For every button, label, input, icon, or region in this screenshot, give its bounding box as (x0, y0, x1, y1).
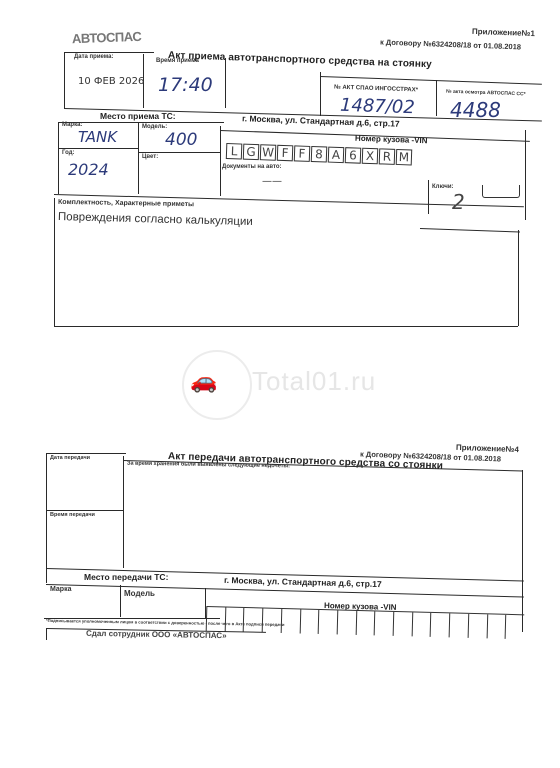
documents-label: Документы на авто: (222, 164, 282, 170)
vin-empty-cell (224, 607, 243, 631)
car-icon: 🚗 (190, 368, 217, 394)
vin-empty-cell (486, 614, 505, 638)
vin-character-cell: 8 (311, 146, 328, 163)
vin-character-cell: G (243, 144, 260, 161)
time-label: Время приема (156, 58, 199, 64)
vin-character-cell: F (277, 145, 294, 162)
company-logo: АВТОСПАС (72, 29, 142, 46)
vin-empty-cell (430, 613, 449, 637)
date-value: 10 ФЕВ 2026 (78, 76, 144, 87)
contract-reference: к Договору №6324208/18 от 01.08.2018 (380, 38, 521, 52)
order-number-value: 4488 (450, 98, 501, 122)
appendix-label: Приложение№1 (472, 27, 535, 38)
documents-value: —— (262, 176, 282, 187)
vin-empty-cell (299, 609, 318, 633)
keys-value: 2 (452, 190, 465, 214)
year-value: 2024 (68, 160, 109, 179)
transfer-model-label: Модель (124, 589, 155, 598)
vin-character-cell: W (260, 144, 277, 161)
vin-character-cell: L (226, 143, 243, 160)
transfer-place-label: Место передачи ТС: (84, 572, 168, 582)
year-label: Год: (62, 150, 75, 156)
vin-character-cell: 6 (345, 147, 362, 164)
keys-label: Ключи: (432, 184, 454, 190)
vin-character-cell: M (396, 149, 413, 166)
vin-character-cell: A (328, 147, 345, 164)
color-label: Цвет: (142, 154, 158, 160)
watermark-text: Total01.ru (252, 366, 376, 397)
vin-empty-cell (411, 612, 430, 636)
vin-empty-cell (393, 612, 412, 636)
act-title: Акт приема автотранспортного средства на… (168, 50, 432, 70)
vin-empty-cell (337, 610, 356, 634)
act-number-value: 1487/02 (340, 95, 415, 119)
vin-character-cell: F (294, 145, 311, 162)
transfer-time-label: Время передачи (50, 512, 95, 518)
vin-empty-cell (505, 615, 524, 639)
vin-empty-cell (467, 614, 486, 638)
vin-empty-cell (355, 611, 374, 635)
vin-empty-cell (262, 608, 281, 632)
vin-empty-cell (449, 613, 468, 637)
vin-empty-cell (243, 608, 262, 632)
make-value: TANK (78, 128, 117, 146)
date-label: Дата приема: (74, 54, 113, 60)
model-value: 400 (165, 130, 197, 150)
vin-empty-cell (374, 611, 393, 635)
vin-character-cell: R (379, 148, 396, 165)
vin-empty-cell (318, 610, 337, 634)
scanned-document: АВТОСПАС Приложение№1 к Договору №632420… (0, 0, 560, 768)
order-number-label: № акта осмотра АВТОСПАС СС* (446, 89, 526, 98)
keys-checkbox (482, 185, 520, 198)
reception-place-label: Место приема ТС: (100, 111, 176, 121)
transfer-date-label: Дата передачи (50, 455, 90, 461)
time-value: 17:40 (158, 74, 213, 96)
act-number-label: № АКТ СПАО ИНГОССТРАХ* (334, 85, 418, 94)
features-value: Повреждения согласно калькуляции (58, 211, 253, 228)
handed-by-label: Сдал сотрудник ООО «АВТОСПАС» (86, 629, 227, 640)
vin-empty-cell (206, 607, 225, 631)
transfer-make-label: Марка (50, 586, 71, 593)
vin-character-cell: X (362, 148, 379, 165)
model-label: Модель: (142, 124, 167, 130)
features-label: Комплектность, Характерные приметы (58, 199, 194, 208)
